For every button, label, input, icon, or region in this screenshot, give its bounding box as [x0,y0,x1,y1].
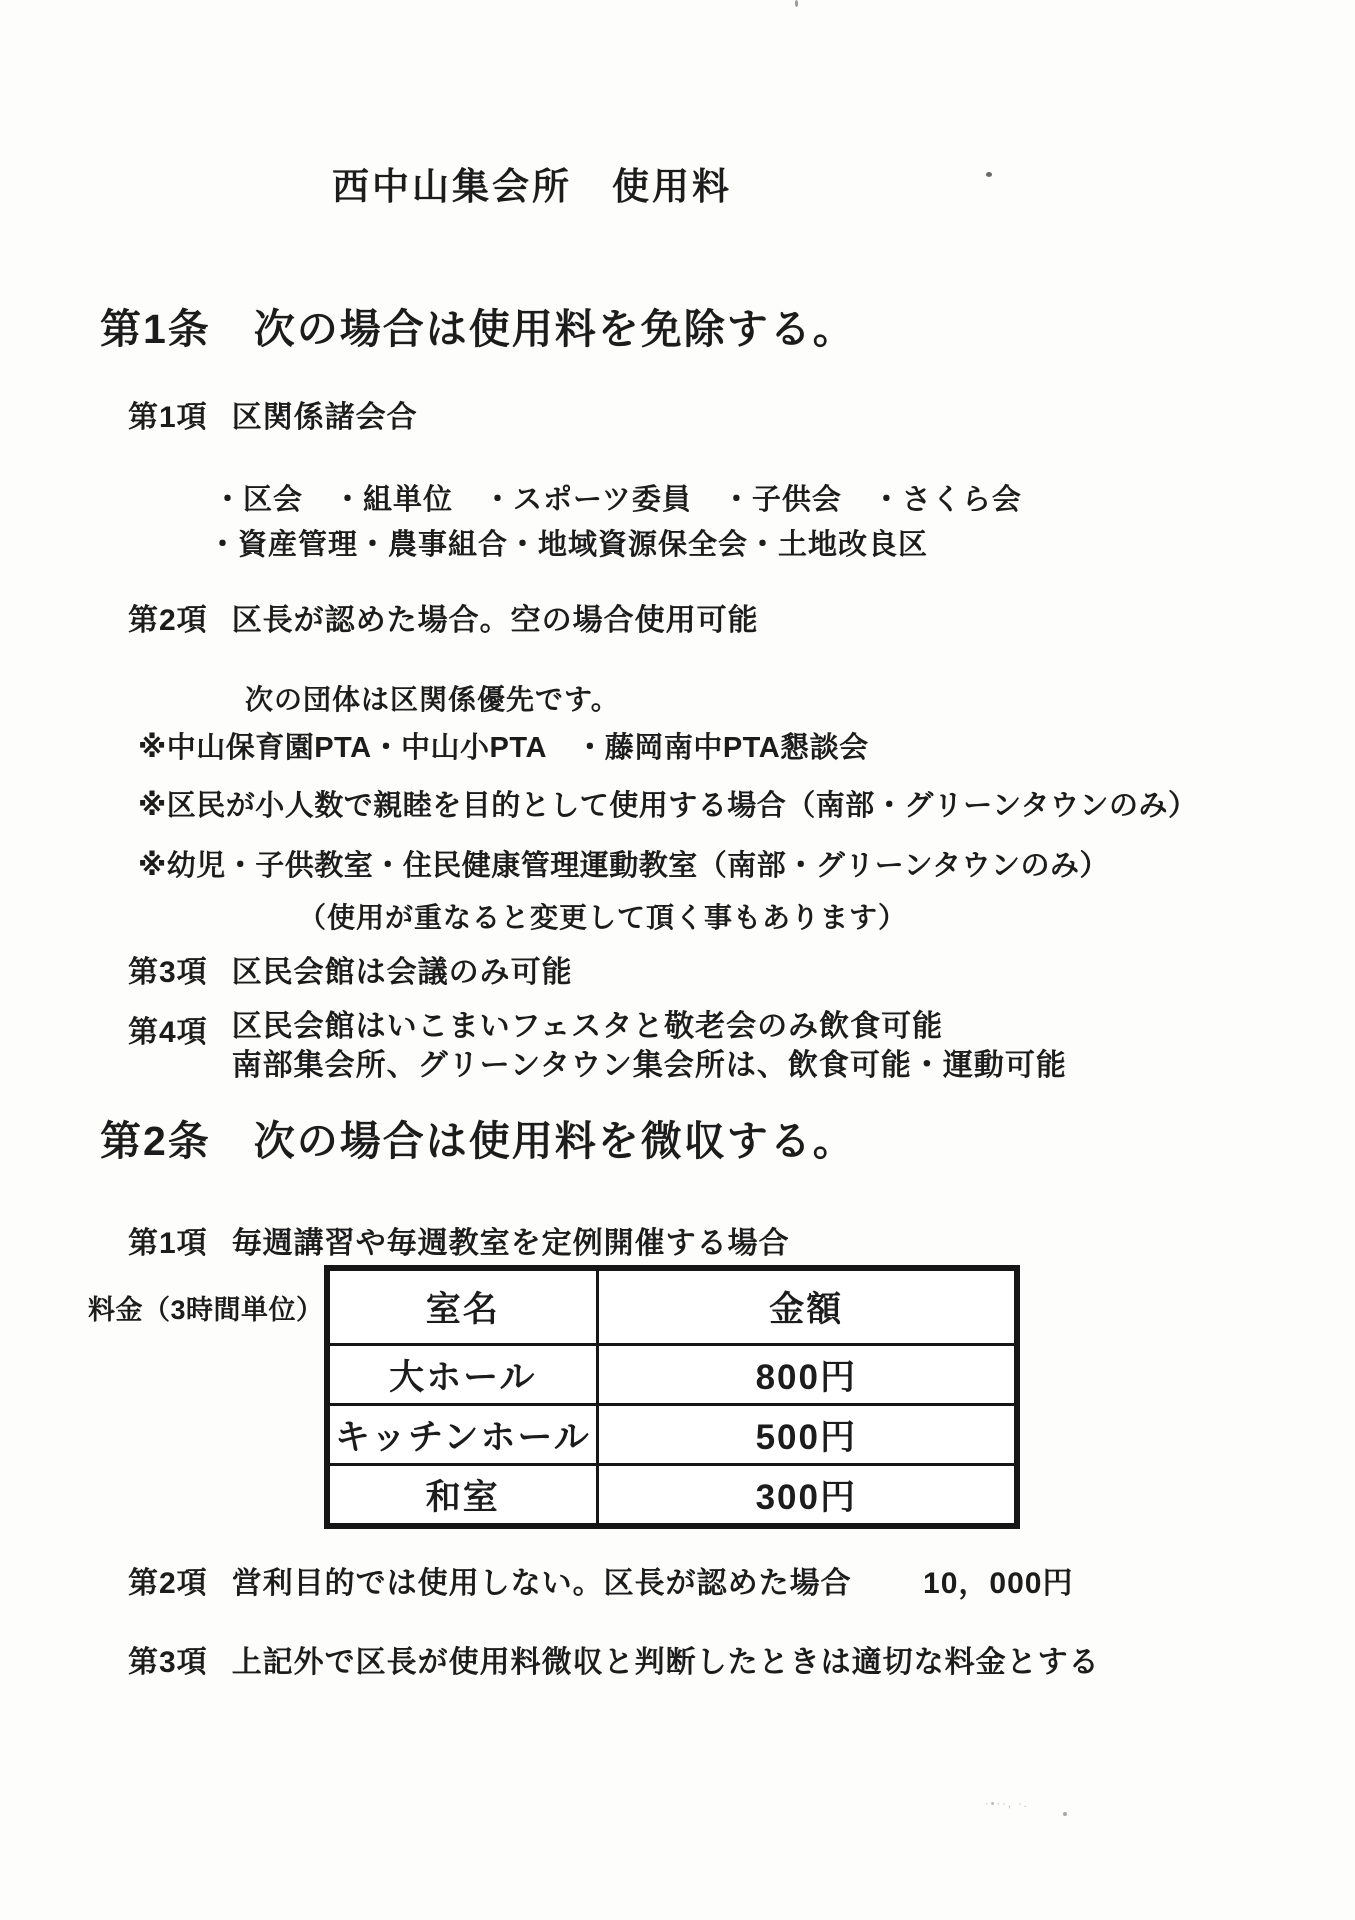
article1-item4: 第4項 区民会館はいこまいフェスタと敬老会のみ飲食可能 南部集会所、グリーンタウ… [128,1007,1067,1085]
room-name: キッチンホール [328,1405,598,1465]
item-number: 第1項 [128,392,208,436]
table-row: キッチンホール 500円 [328,1405,1017,1465]
article2-item2: 第2項 営利目的では使用しない。区長が認めた場合 10，000円 [128,1558,1073,1602]
scan-speck [1063,1812,1067,1816]
group-list-line2: ・資産管理・農事組合・地域資源保全会・土地改良区 [208,522,928,563]
item-number: 第3項 [128,947,208,991]
fee-table-header-amount: 金額 [597,1269,1016,1345]
table-row: 大ホール 800円 [328,1345,1017,1405]
priority-note: 次の団体は区関係優先です。 [245,678,620,718]
fee-amount: 10，000円 [923,1567,1073,1600]
document-page: 西中山集会所 使用料 第1条 次の場合は使用料を免除する。 第1項 区関係諸会合… [0,0,1355,1920]
room-fee: 800円 [597,1345,1016,1405]
group-list-line1: ・区会 ・組単位 ・スポーツ委員 ・子供会 ・さくら会 [213,477,1022,518]
article1-item2: 第2項 区長が認めた場合。空の場合使用可能 [128,595,759,639]
article1-item3: 第3項 区民会館は会議のみ可能 [128,947,573,991]
item-text: 営利目的では使用しない。区長が認めた場合 10，000円 [232,1558,1074,1602]
article2-heading: 第2条 次の場合は使用料を微収する。 [100,1108,856,1167]
item-number: 第2項 [128,595,208,639]
item-text: 区民会館は会議のみ可能 [232,947,573,991]
fee-table-header-row: 室名 金額 [328,1269,1017,1345]
item-text-line2: 南部集会所、グリーンタウン集会所は、飲食可能・運動可能 [232,1049,1067,1082]
exception-note-3: ※幼児・子供教室・住民健康管理運動教室（南部・グリーンタウンのみ） [138,843,1109,884]
article1-item1: 第1項 区関係諸会合 [128,392,418,436]
item-text: 上記外で区長が使用料微収と判断したときは適切な料金とする [232,1637,1100,1681]
table-row: 和室 300円 [328,1465,1017,1526]
scan-smudge: ·•··, ·. [985,1798,1029,1810]
fee-table-header-room: 室名 [328,1269,598,1345]
item-text: 区関係諸会合 [232,392,418,436]
exception-note-1: ※中山保育園PTA・中山小PTA ・藤岡南中PTA懇談会 [138,725,869,766]
item-number: 第2項 [128,1558,208,1602]
room-fee: 300円 [597,1465,1016,1526]
change-notice: （使用が重なると変更して頂く事もあります） [298,896,907,936]
article2-item3: 第3項 上記外で区長が使用料微収と判断したときは適切な料金とする [128,1637,1100,1681]
article1-heading: 第1条 次の場合は使用料を免除する。 [100,296,856,355]
article2-item1: 第1項 毎週講習や毎週教室を定例開催する場合 [128,1218,790,1262]
item-text: 区民会館はいこまいフェスタと敬老会のみ飲食可能 南部集会所、グリーンタウン集会所… [232,1007,1067,1085]
item-text: 区長が認めた場合。空の場合使用可能 [232,595,759,639]
item-number: 第3項 [128,1637,208,1681]
item-text: 毎週講習や毎週教室を定例開催する場合 [232,1218,790,1262]
room-fee: 500円 [597,1405,1016,1465]
room-name: 大ホール [328,1345,598,1405]
item-text-body: 営利目的では使用しない。区長が認めた場合 [232,1567,852,1600]
fee-table: 室名 金額 大ホール 800円 キッチンホール 500円 和室 300円 [325,1266,1019,1528]
fee-table-caption: 料金（3時間単位） [88,1288,324,1327]
page-title: 西中山集会所 使用料 [332,156,732,210]
exception-note-2: ※区民が小人数で親睦を目的として使用する場合（南部・グリーンタウンのみ） [138,783,1197,824]
item-number: 第1項 [128,1218,208,1262]
item-text-line1: 区民会館はいこまいフェスタと敬老会のみ飲食可能 [232,1010,944,1043]
room-name: 和室 [328,1465,598,1526]
scan-speck [795,0,798,7]
scan-speck [986,172,992,177]
item-number: 第4項 [128,1007,208,1085]
